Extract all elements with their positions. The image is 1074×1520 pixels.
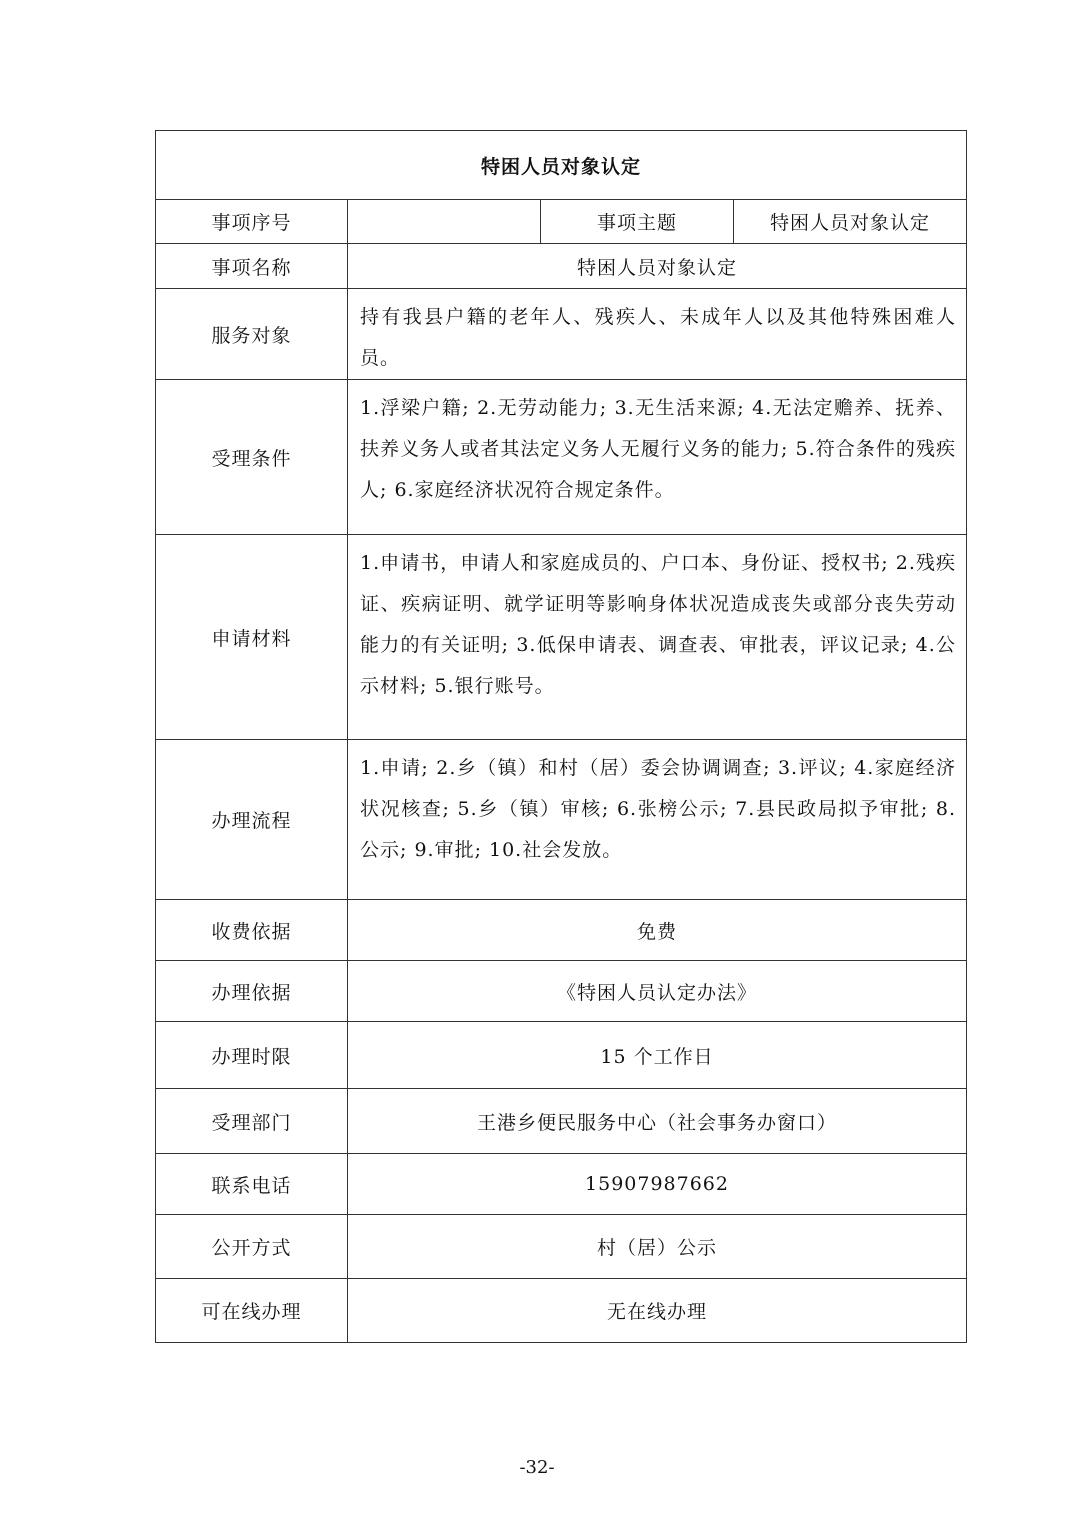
row-label: 事项名称 — [156, 244, 348, 289]
row-label: 公开方式 — [156, 1215, 348, 1279]
row-label: 受理条件 — [156, 380, 348, 535]
row-value: 1.申请; 2.乡（镇）和村（居）委会协调调查; 3.评议; 4.家庭经济状况核… — [348, 740, 967, 900]
row-label: 联系电话 — [156, 1154, 348, 1215]
row-label: 收费依据 — [156, 900, 348, 961]
page-number: -32- — [0, 1457, 1074, 1478]
row-label: 可在线办理 — [156, 1279, 348, 1343]
row-label: 办理时限 — [156, 1022, 348, 1089]
row-value: 《特困人员认定办法》 — [348, 961, 967, 1022]
document-title: 特困人员对象认定 — [156, 131, 967, 200]
row-value: 持有我县户籍的老年人、残疾人、未成年人以及其他特殊困难人员。 — [348, 289, 967, 380]
row-label: 申请材料 — [156, 535, 348, 740]
item-topic-label: 事项主题 — [541, 200, 734, 244]
item-no-label: 事项序号 — [156, 200, 348, 244]
item-no-value — [348, 200, 541, 244]
row-value: 15907987662 — [348, 1154, 967, 1215]
row-label: 办理依据 — [156, 961, 348, 1022]
row-label: 服务对象 — [156, 289, 348, 380]
item-topic-value: 特困人员对象认定 — [734, 200, 967, 244]
row-value: 免费 — [348, 900, 967, 961]
service-item-table: 特困人员对象认定 事项序号 事项主题 特困人员对象认定 事项名称 特困人员对象认… — [155, 130, 967, 1343]
row-value: 1.申请书，申请人和家庭成员的、户口本、身份证、授权书; 2.残疾证、疾病证明、… — [348, 535, 967, 740]
row-value: 无在线办理 — [348, 1279, 967, 1343]
row-value: 1.浮梁户籍; 2.无劳动能力; 3.无生活来源; 4.无法定赡养、抚养、扶养义… — [348, 380, 967, 535]
row-value: 村（居）公示 — [348, 1215, 967, 1279]
row-value: 王港乡便民服务中心（社会事务办窗口） — [348, 1089, 967, 1154]
row-label: 受理部门 — [156, 1089, 348, 1154]
row-value: 特困人员对象认定 — [348, 244, 967, 289]
row-label: 办理流程 — [156, 740, 348, 900]
row-value: 15 个工作日 — [348, 1022, 967, 1089]
